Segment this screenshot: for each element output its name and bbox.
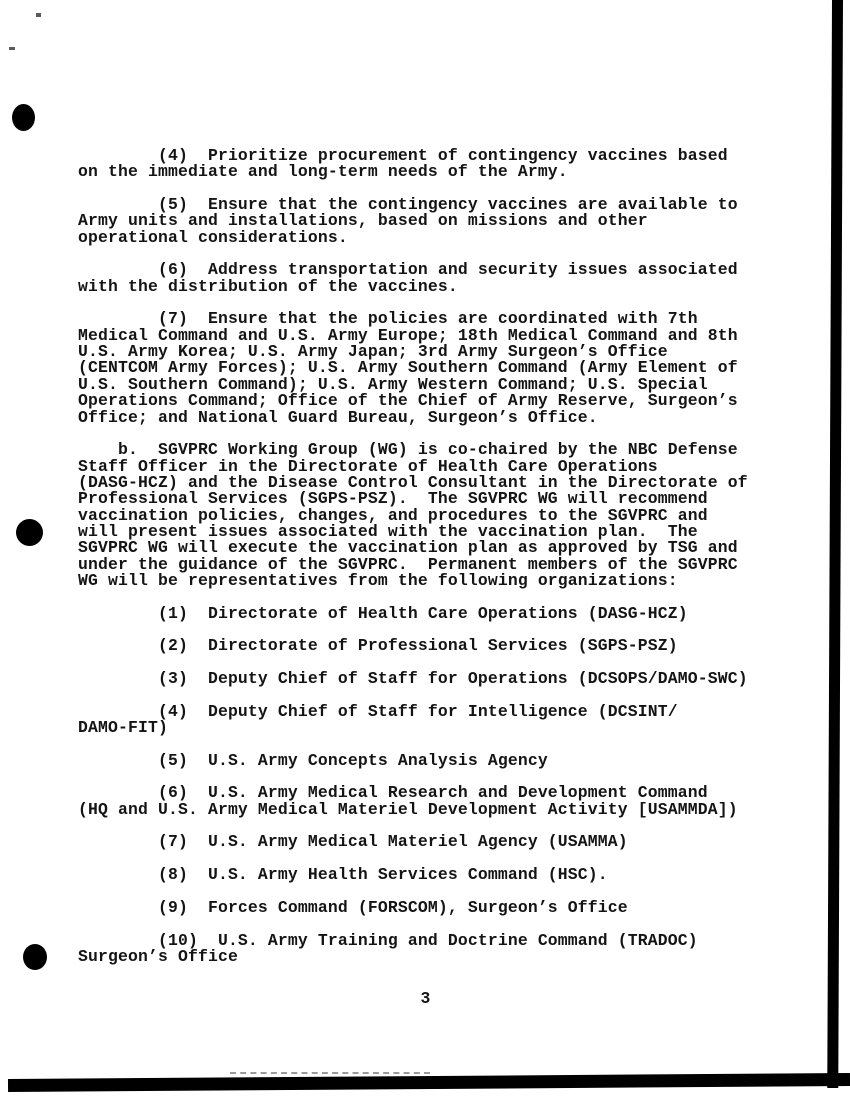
list-item-1-dasg-hcz: (1) Directorate of Health Care Operation…	[78, 606, 773, 622]
hole-punch-mark-middle	[16, 519, 43, 546]
scan-speck	[9, 47, 15, 50]
list-item-2-sgps-psz: (2) Directorate of Professional Services…	[78, 638, 773, 654]
list-item-3-dcsops: (3) Deputy Chief of Staff for Operations…	[78, 671, 773, 687]
document-text-block: (4) Prioritize procurement of contingenc…	[78, 148, 773, 1008]
list-item-6-medical-research: (6) U.S. Army Medical Research and Devel…	[78, 785, 773, 818]
paragraph-7-policy-coordination: (7) Ensure that the policies are coordin…	[78, 311, 773, 425]
paragraph-5-vaccine-availability: (5) Ensure that the contingency vaccines…	[78, 197, 773, 246]
list-item-5-concepts-analysis: (5) U.S. Army Concepts Analysis Agency	[78, 753, 773, 769]
page-number: 3	[78, 991, 773, 1007]
list-item-9-forscom: (9) Forces Command (FORSCOM), Surgeon’s …	[78, 900, 773, 916]
paragraph-b-sgvprc-working-group: b. SGVPRC Working Group (WG) is co-chair…	[78, 442, 773, 589]
paragraph-6-transport-security: (6) Address transportation and security …	[78, 262, 773, 295]
list-item-7-usamma: (7) U.S. Army Medical Materiel Agency (U…	[78, 834, 773, 850]
list-item-8-hsc: (8) U.S. Army Health Services Command (H…	[78, 867, 773, 883]
scan-edge-bottom	[8, 1073, 850, 1092]
scan-edge-right	[827, 0, 843, 1088]
list-item-4-dcsint: (4) Deputy Chief of Staff for Intelligen…	[78, 704, 773, 737]
hole-punch-mark-top	[12, 104, 35, 131]
scan-noise-line	[230, 1072, 430, 1074]
paragraph-4-vaccine-procurement: (4) Prioritize procurement of contingenc…	[78, 148, 773, 181]
hole-punch-mark-bottom	[23, 944, 47, 970]
list-item-10-tradoc: (10) U.S. Army Training and Doctrine Com…	[78, 933, 773, 966]
document-page: (4) Prioritize procurement of contingenc…	[0, 0, 850, 1097]
scan-speck	[36, 13, 41, 17]
